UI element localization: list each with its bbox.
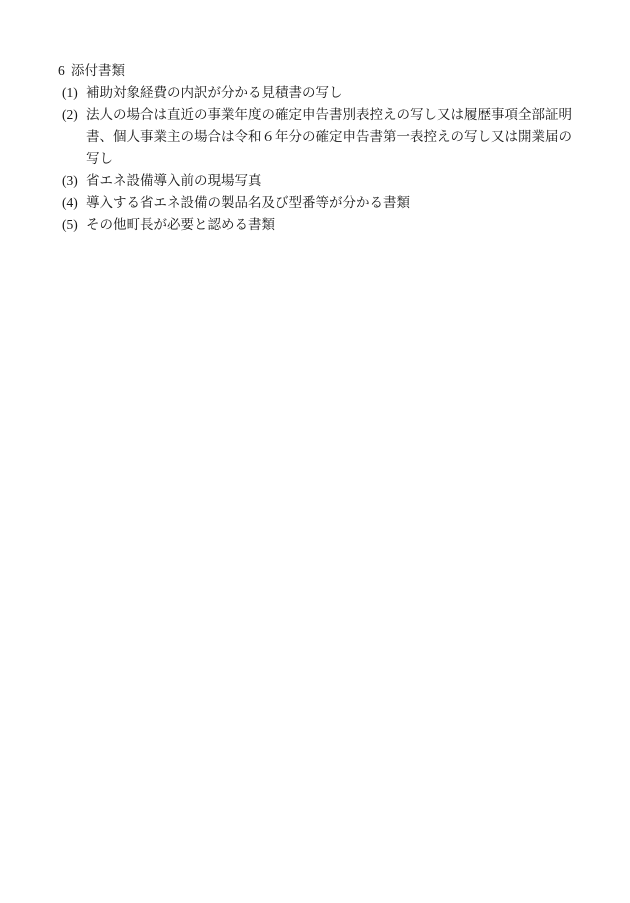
item-marker: (5) (62, 214, 86, 236)
list-item: (5) その他町長が必要と認める書類 (62, 214, 573, 236)
document-content: 6 添付書類 (1) 補助対象経費の内訳が分かる見積書の写し (2) 法人の場合… (58, 60, 573, 236)
item-text-line: 書、個人事業主の場合は令和６年分の確定申告書第一表控えの写し又は開業届の (86, 126, 573, 148)
section-title: 添付書類 (71, 60, 125, 82)
item-text-line: 省エネ設備導入前の現場写真 (86, 170, 573, 192)
document-page: 6 添付書類 (1) 補助対象経費の内訳が分かる見積書の写し (2) 法人の場合… (0, 0, 630, 903)
item-text-line: 写し (86, 148, 573, 170)
item-text-line: 法人の場合は直近の事業年度の確定申告書別表控えの写し又は履歴事項全部証明 (86, 104, 573, 126)
item-text: 導入する省エネ設備の製品名及び型番等が分かる書類 (86, 192, 573, 214)
list-item: (3) 省エネ設備導入前の現場写真 (62, 170, 573, 192)
item-marker: (1) (62, 82, 86, 104)
item-marker: (4) (62, 192, 86, 214)
item-text-line: 導入する省エネ設備の製品名及び型番等が分かる書類 (86, 192, 573, 214)
item-text: 省エネ設備導入前の現場写真 (86, 170, 573, 192)
item-text: 法人の場合は直近の事業年度の確定申告書別表控えの写し又は履歴事項全部証明 書、個… (86, 104, 573, 170)
item-text-line: その他町長が必要と認める書類 (86, 214, 573, 236)
item-marker: (3) (62, 170, 86, 192)
section-heading: 6 添付書類 (58, 60, 573, 82)
list-item: (1) 補助対象経費の内訳が分かる見積書の写し (62, 82, 573, 104)
list-item: (4) 導入する省エネ設備の製品名及び型番等が分かる書類 (62, 192, 573, 214)
item-text-line: 補助対象経費の内訳が分かる見積書の写し (86, 82, 573, 104)
section-number: 6 (58, 60, 71, 82)
item-marker: (2) (62, 104, 86, 126)
item-text: 補助対象経費の内訳が分かる見積書の写し (86, 82, 573, 104)
item-text: その他町長が必要と認める書類 (86, 214, 573, 236)
list-item: (2) 法人の場合は直近の事業年度の確定申告書別表控えの写し又は履歴事項全部証明… (62, 104, 573, 170)
attachment-list: (1) 補助対象経費の内訳が分かる見積書の写し (2) 法人の場合は直近の事業年… (62, 82, 573, 236)
